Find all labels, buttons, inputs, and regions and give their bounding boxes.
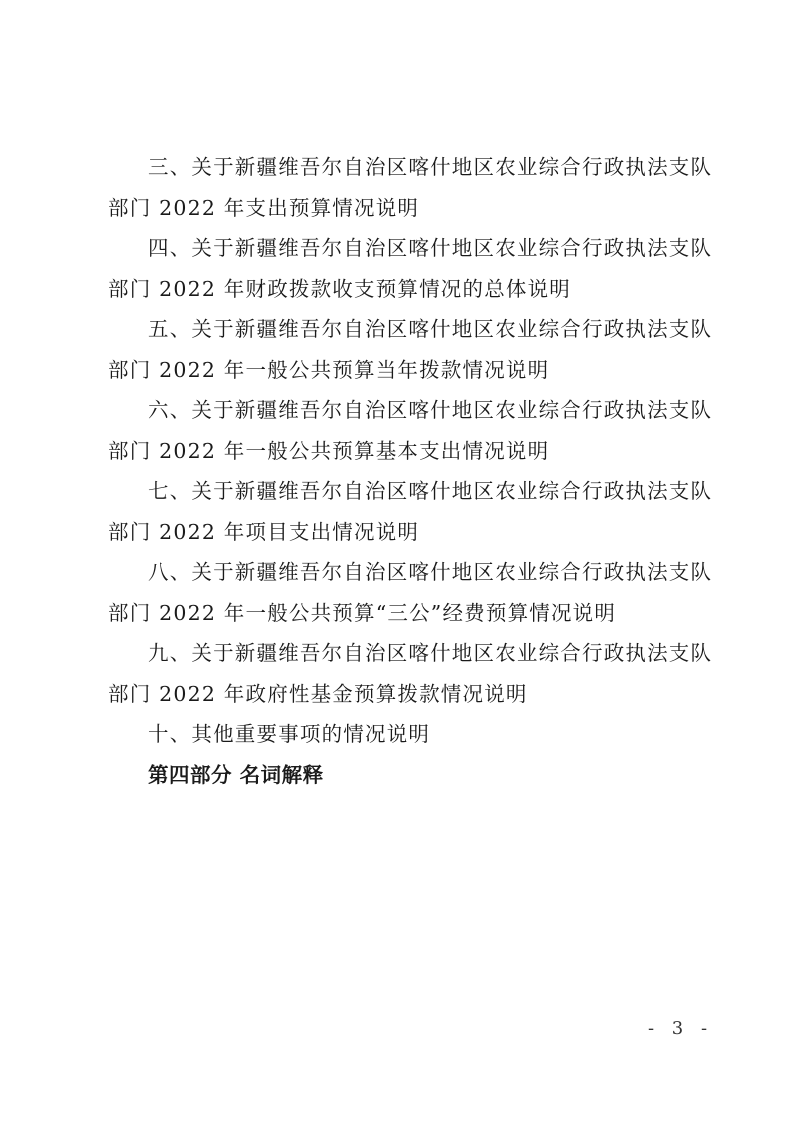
item-10: 十、其他重要事项的情况说明 [108, 714, 700, 755]
page-number: - 3 - [648, 1018, 713, 1039]
item-5-line-1: 五、关于新疆维吾尔自治区喀什地区农业综合行政执法支队 [108, 309, 700, 350]
item-7-line-1: 七、关于新疆维吾尔自治区喀什地区农业综合行政执法支队 [108, 471, 700, 512]
document-body: 三、关于新疆维吾尔自治区喀什地区农业综合行政执法支队 部门 2022 年支出预算… [108, 147, 700, 795]
item-4-line-2: 部门 2022 年财政拨款收支预算情况的总体说明 [108, 269, 700, 310]
item-3-line-2: 部门 2022 年支出预算情况说明 [108, 188, 700, 229]
section-heading: 第四部分 名词解释 [108, 755, 700, 796]
item-8-line-1: 八、关于新疆维吾尔自治区喀什地区农业综合行政执法支队 [108, 552, 700, 593]
item-8-line-2: 部门 2022 年一般公共预算“三公”经费预算情况说明 [108, 593, 700, 634]
item-9-line-2: 部门 2022 年政府性基金预算拨款情况说明 [108, 674, 700, 715]
item-6-line-2: 部门 2022 年一般公共预算基本支出情况说明 [108, 431, 700, 472]
item-5-line-2: 部门 2022 年一般公共预算当年拨款情况说明 [108, 350, 700, 391]
item-4-line-1: 四、关于新疆维吾尔自治区喀什地区农业综合行政执法支队 [108, 228, 700, 269]
item-7-line-2: 部门 2022 年项目支出情况说明 [108, 512, 700, 553]
item-6-line-1: 六、关于新疆维吾尔自治区喀什地区农业综合行政执法支队 [108, 390, 700, 431]
item-3-line-1: 三、关于新疆维吾尔自治区喀什地区农业综合行政执法支队 [108, 147, 700, 188]
item-9-line-1: 九、关于新疆维吾尔自治区喀什地区农业综合行政执法支队 [108, 633, 700, 674]
